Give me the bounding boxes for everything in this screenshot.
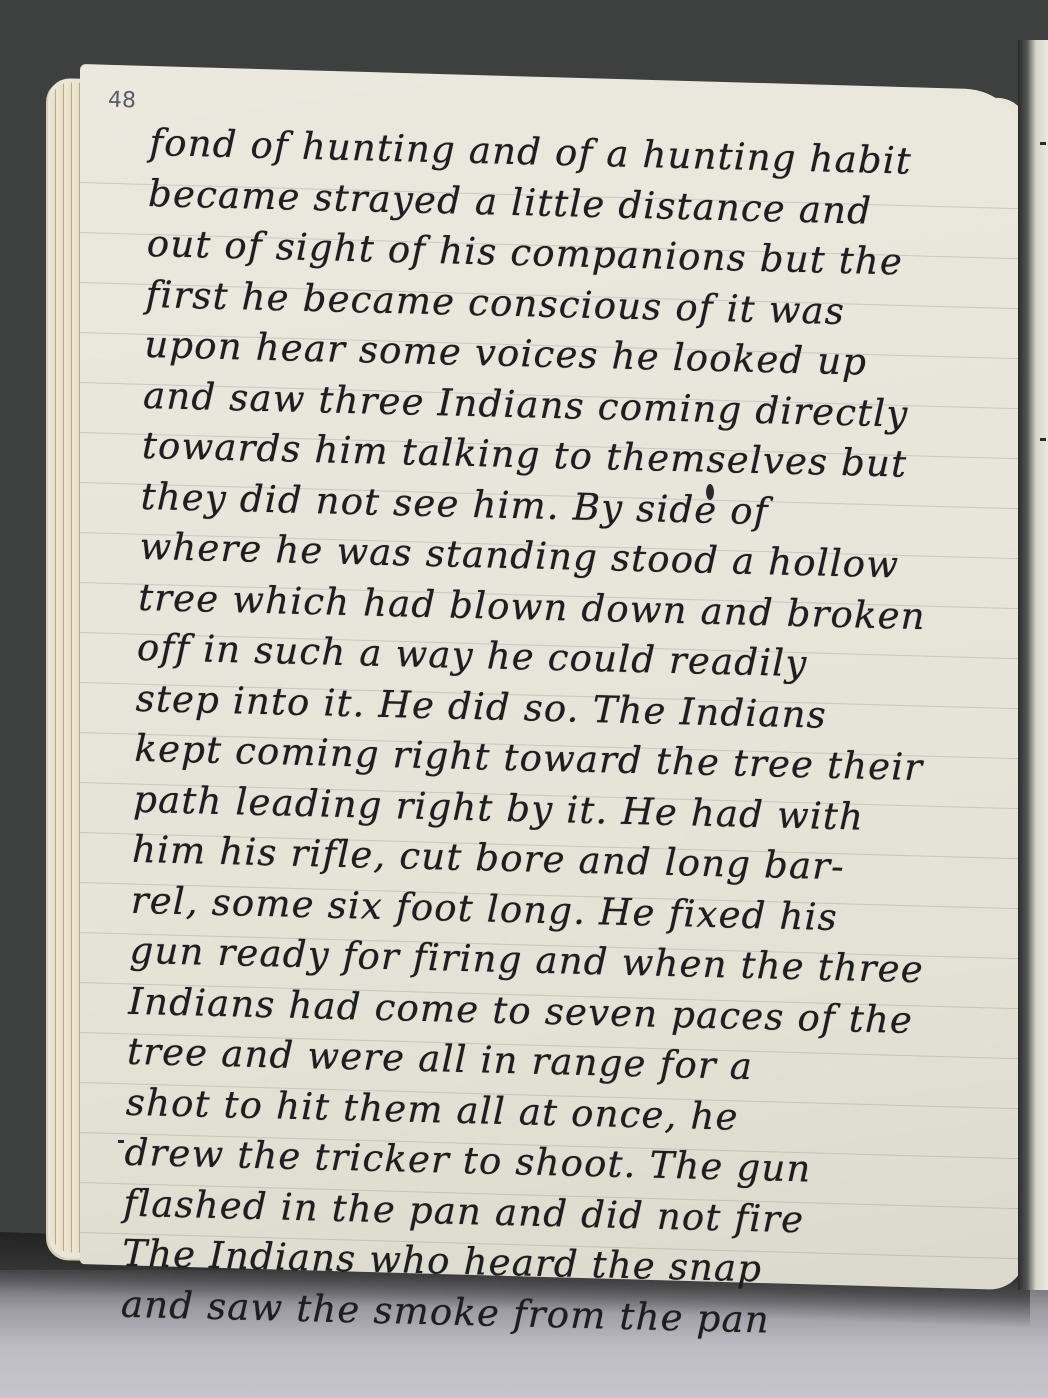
- book-gutter: [1018, 40, 1048, 1290]
- margin-mark: [1040, 142, 1046, 145]
- margin-mark: [118, 1140, 124, 1143]
- margin-mark: [1040, 438, 1046, 441]
- page-number: 48: [108, 88, 137, 114]
- handwritten-text: fond of hunting and of a hunting habit b…: [120, 118, 1019, 1351]
